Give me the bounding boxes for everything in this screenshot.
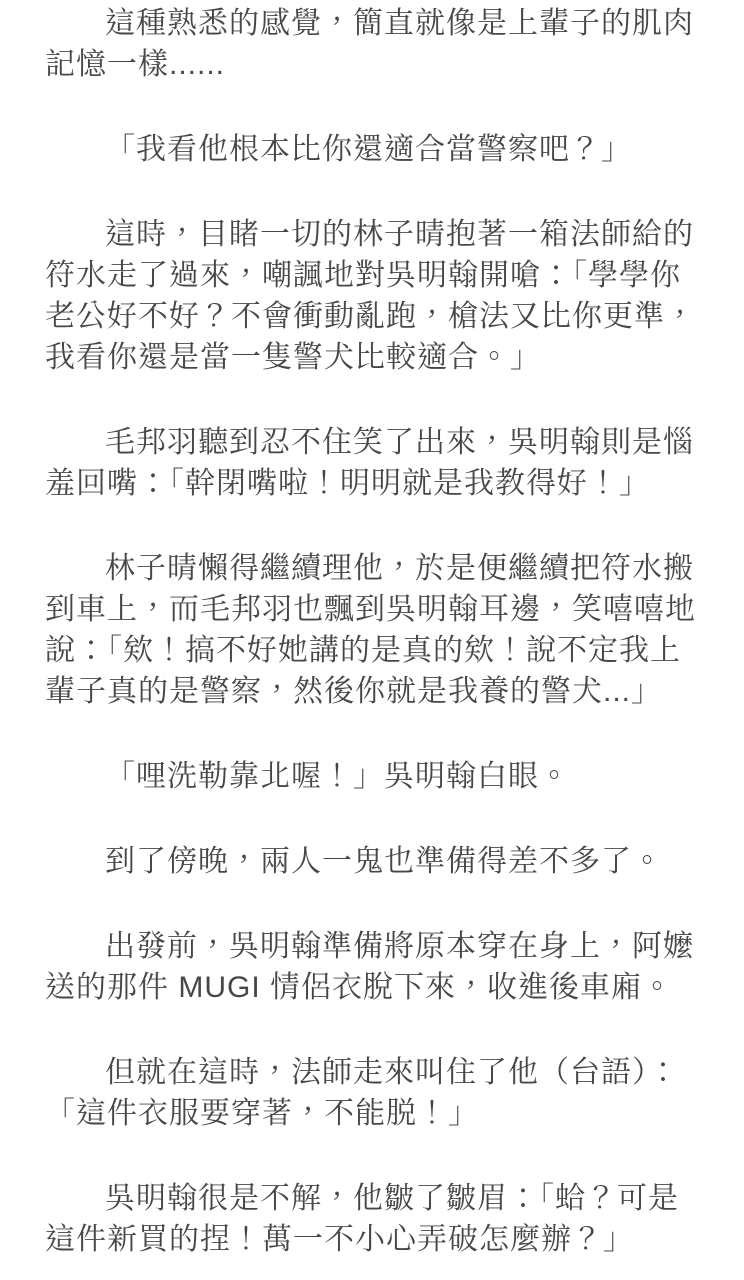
story-paragraph: 吳明翰很是不解，他皺了皺眉：「蛤？可是這件新買的捏！萬一不小心弄破怎麼辦？」 [45,1178,699,1260]
story-paragraph: 「我看他根本比你還適合當警察吧？」 [45,129,699,170]
story-paragraph: 到了傍晚，兩人一鬼也準備得差不多了。 [45,841,699,882]
story-page: 這種熟悉的感覺，簡直就像是上輩子的肌肉記憶一樣...... 「我看他根本比你還適… [0,0,744,1280]
story-paragraph: 林子晴懶得繼續理他，於是便繼續把符水搬到車上，而毛邦羽也飄到吳明翰耳邊，笑嘻嘻地… [45,548,699,712]
story-paragraph: 但就在這時，法師走來叫住了他（台語）：「這件衣服要穿著，不能脱！」 [45,1052,699,1134]
story-paragraph: 這時，目睹一切的林子晴抱著一箱法師給的符水走了過來，嘲諷地對吳明翰開嗆：「學學你… [45,214,699,378]
story-paragraph: 這種熟悉的感覺，簡直就像是上輩子的肌肉記憶一樣...... [45,3,699,85]
story-paragraph: 毛邦羽聽到忍不住笑了出來，吳明翰則是惱羞回嘴：「幹閉嘴啦！明明就是我教得好！」 [45,422,699,504]
story-paragraph: 出發前，吳明翰準備將原本穿在身上，阿嬤送的那件 MUGI 情侶衣脫下來，收進後車… [45,926,699,1008]
story-paragraph: 「哩洗勒靠北喔！」吳明翰白眼。 [45,756,699,797]
